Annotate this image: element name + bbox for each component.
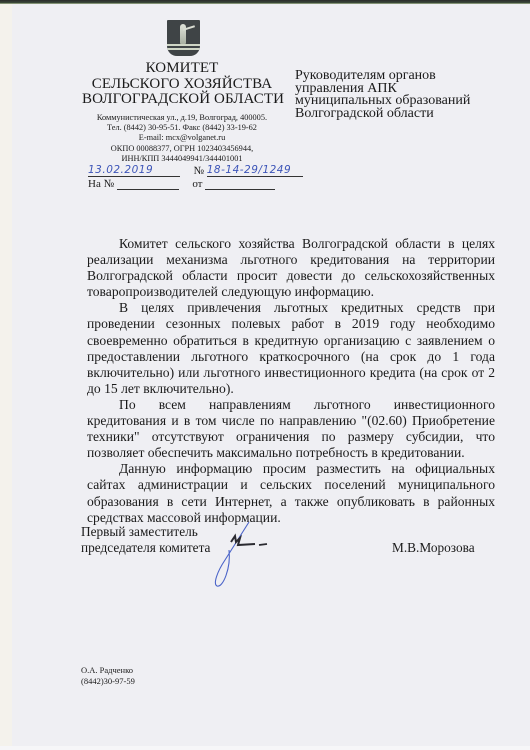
scan-left-strip xyxy=(0,4,12,750)
body-paragraph: Данную информацию просим разместить на о… xyxy=(87,461,495,525)
reply-date-label: от xyxy=(192,178,202,190)
signer-title: Первый заместитель председателя комитета xyxy=(81,524,210,556)
address: Коммунистическая ул., д.19, Волгоград, 4… xyxy=(82,113,282,123)
addressee-line: Волгоградской области xyxy=(295,108,495,121)
reply-number-field xyxy=(117,179,179,190)
signer-name: М.В.Морозова xyxy=(392,540,475,556)
signer-title-line: Первый заместитель xyxy=(81,524,210,540)
signer-title-line: председателя комитета xyxy=(81,540,210,556)
reply-date-field xyxy=(205,179,275,190)
executor-info: О.А. Радченко (8442)30-97-59 xyxy=(81,665,135,687)
letter-body: Комитет сельского хозяйства Волгоградско… xyxy=(87,236,495,526)
organization-name: КОМИТЕТ СЕЛЬСКОГО ХОЗЯЙСТВА ВОЛГОГРАДСКО… xyxy=(82,61,282,108)
body-paragraph: Комитет сельского хозяйства Волгоградско… xyxy=(87,236,495,300)
phone-fax: Тел. (8442) 30-95-51. Факс (8442) 33-19-… xyxy=(82,123,282,133)
org-name-line: СЕЛЬСКОГО ХОЗЯЙСТВА xyxy=(82,77,282,93)
outgoing-date: 13.02.2019 xyxy=(88,164,153,176)
reply-reference: На № от xyxy=(88,178,275,194)
email: E-mail: mcx@volganet.ru xyxy=(82,133,282,143)
executor-phone: (8442)30-97-59 xyxy=(81,676,135,687)
body-paragraph: В целях привлечения льготных кредитных с… xyxy=(87,300,495,397)
inn-kpp: ИНН/КПП 3444049941/344401001 xyxy=(82,154,282,164)
executor-name: О.А. Радченко xyxy=(81,665,135,676)
scan-bottom-strip xyxy=(0,746,530,750)
number-label: № xyxy=(194,165,205,177)
org-name-line: ВОЛГОГРАДСКОЙ ОБЛАСТИ xyxy=(82,92,282,108)
handwritten-signature-icon xyxy=(205,520,275,590)
okpo-ogrn: ОКПО 00088377, ОГРН 1023403456944, xyxy=(82,144,282,154)
body-paragraph: По всем направлениям льготного инвестици… xyxy=(87,397,495,461)
org-name-line: КОМИТЕТ xyxy=(82,61,282,77)
organization-contacts: Коммунистическая ул., д.19, Волгоград, 4… xyxy=(82,113,282,164)
volgograd-coat-of-arms-icon xyxy=(167,20,200,56)
reply-number-label: На № xyxy=(88,178,114,190)
addressee: Руководителям органов управления АПК мун… xyxy=(295,70,495,120)
outgoing-number: 18-14-29/1249 xyxy=(207,164,291,176)
